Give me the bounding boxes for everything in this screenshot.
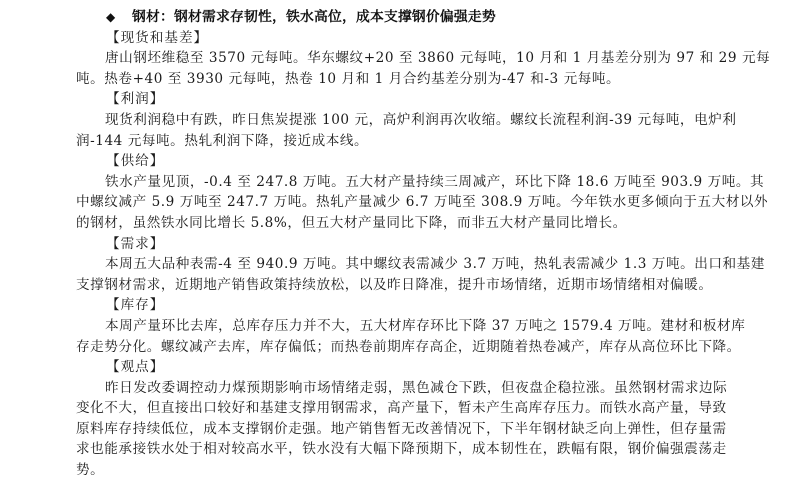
- text-line: 存走势分化。螺纹减产去库，库存偏低；而热卷前期库存高企，近期随着热卷减产，库存从…: [76, 337, 716, 358]
- heading-supply: 【供给】: [76, 151, 716, 172]
- heading-outlook: 【观点】: [76, 357, 716, 378]
- text-line: 本周产量环比去库，总库存压力并不大，五大材库存环比下降 37 万吨之 1579.…: [76, 316, 716, 337]
- section-title: ◆钢材：钢材需求存韧性，铁水高位，成本支撑钢价偏强走势: [76, 7, 716, 28]
- text-line: 求也能承接铁水处于相对较高水平，铁水没有大幅下降预期下，成本韧性在，跌幅有限，钢…: [76, 439, 716, 460]
- heading-demand: 【需求】: [76, 234, 716, 255]
- text-line: 吨。热卷+40 至 3930 元每吨，热卷 10 月和 1 月合约基差分别为-4…: [76, 69, 716, 90]
- paragraph-supply: 铁水产量见顶，-0.4 至 247.8 万吨。五大材产量持续三周减产，环比下降 …: [76, 172, 716, 234]
- document-page: ◆钢材：钢材需求存韧性，铁水高位，成本支撑钢价偏强走势 【现货和基差】 唐山钢坯…: [76, 7, 716, 481]
- text-line: 唐山钢坯维稳至 3570 元每吨。华东螺纹+20 至 3860 元每吨，10 月…: [76, 48, 716, 69]
- text-line: 变化不大，但直接出口较好和基建支撑用钢需求，高产量下，暂未产生高库存压力。而铁水…: [76, 398, 716, 419]
- text-line: 本周五大品种表需-4 至 940.9 万吨。其中螺纹表需减少 3.7 万吨，热轧…: [76, 254, 716, 275]
- heading-spot-basis: 【现货和基差】: [76, 28, 716, 49]
- text-line: 的钢材，虽然铁水同比增长 5.8%，但五大材产量同比下降，而非五大材产量同比增长…: [76, 213, 716, 234]
- heading-profit: 【利润】: [76, 89, 716, 110]
- paragraph-profit: 现货利润稳中有跌，昨日焦炭提涨 100 元，高炉利润再次收缩。螺纹长流程利润-3…: [76, 110, 716, 151]
- heading-inventory: 【库存】: [76, 295, 716, 316]
- text-line: 原料库存持续低位，成本支撑钢价走强。地产销售暂无改善情况下，下半年钢材缺乏向上弹…: [76, 419, 716, 440]
- title-text: 钢材：钢材需求存韧性，铁水高位，成本支撑钢价偏强走势: [132, 9, 496, 25]
- text-line: 铁水产量见顶，-0.4 至 247.8 万吨。五大材产量持续三周减产，环比下降 …: [76, 172, 716, 193]
- text-line: 支撑钢材需求，近期地产销售政策持续放松，以及昨日降准，提升市场情绪，近期市场情绪…: [76, 275, 716, 296]
- paragraph-outlook: 昨日发改委调控动力煤预期影响市场情绪走弱，黑色减仓下跌，但夜盘企稳拉涨。虽然钢材…: [76, 378, 716, 481]
- paragraph-inventory: 本周产量环比去库，总库存压力并不大，五大材库存环比下降 37 万吨之 1579.…: [76, 316, 716, 357]
- text-line: 润-144 元每吨。热轧利润下降，接近成本线。: [76, 131, 716, 152]
- text-line: 现货利润稳中有跌，昨日焦炭提涨 100 元，高炉利润再次收缩。螺纹长流程利润-3…: [76, 110, 716, 131]
- paragraph-demand: 本周五大品种表需-4 至 940.9 万吨。其中螺纹表需减少 3.7 万吨，热轧…: [76, 254, 716, 295]
- diamond-bullet-icon: ◆: [106, 7, 132, 28]
- text-line: 中螺纹减产 5.9 万吨至 247.7 万吨。热轧产量减少 6.7 万吨至 30…: [76, 192, 716, 213]
- text-line: 势。: [76, 460, 716, 481]
- text-line: 昨日发改委调控动力煤预期影响市场情绪走弱，黑色减仓下跌，但夜盘企稳拉涨。虽然钢材…: [76, 378, 716, 399]
- paragraph-spot-basis: 唐山钢坯维稳至 3570 元每吨。华东螺纹+20 至 3860 元每吨，10 月…: [76, 48, 716, 89]
